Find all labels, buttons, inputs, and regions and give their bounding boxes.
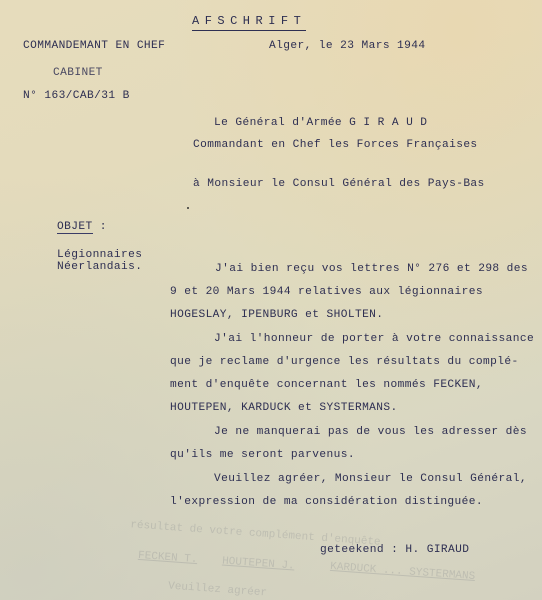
subject-line-2: Néerlandais. [57, 260, 142, 274]
sender-name: Le Général d'Armée G I R A U D [214, 116, 427, 130]
body-line: J'ai l'honneur de porter à votre connais… [214, 332, 534, 346]
body-line: que je reclame d'urgence les résultats d… [170, 355, 519, 369]
sender-title: Commandant en Chef les Forces Françaises [193, 138, 478, 152]
document-title: AFSCHRIFT [192, 14, 306, 31]
header-cabinet: CABINET [53, 66, 103, 80]
header-command: COMMANDEMANT EN CHEF [23, 39, 165, 53]
subject-colon: : [100, 221, 107, 233]
body-line: 9 et 20 Mars 1944 relatives aux légionna… [170, 285, 483, 299]
body-line: Je ne manquerai pas de vous les adresser… [214, 425, 527, 439]
ink-speck [187, 207, 189, 209]
header-reference-number: N° 163/CAB/31 B [23, 89, 130, 103]
body-line: Veuillez agréer, Monsieur le Consul Géné… [214, 472, 527, 486]
body-line: HOUTEPEN, KARDUCK et SYSTERMANS. [170, 401, 398, 415]
body-line: l'expression de ma considération disting… [170, 495, 483, 509]
body-line: J'ai bien reçu vos lettres N° 276 et 298… [215, 262, 528, 276]
subject-label: OBJET [57, 221, 93, 234]
signature-line: geteekend : H. GIRAUD [320, 543, 469, 557]
body-line: HOGESLAY, IPENBURG et SHOLTEN. [170, 308, 383, 322]
body-line: qu'ils me seront parvenus. [170, 448, 355, 462]
recipient-line: à Monsieur le Consul Général des Pays-Ba… [193, 177, 485, 191]
date-line: Alger, le 23 Mars 1944 [269, 39, 426, 53]
body-line: ment d'enquête concernant les nommés FEC… [170, 378, 483, 392]
subject-label-row: OBJET : [57, 220, 107, 234]
